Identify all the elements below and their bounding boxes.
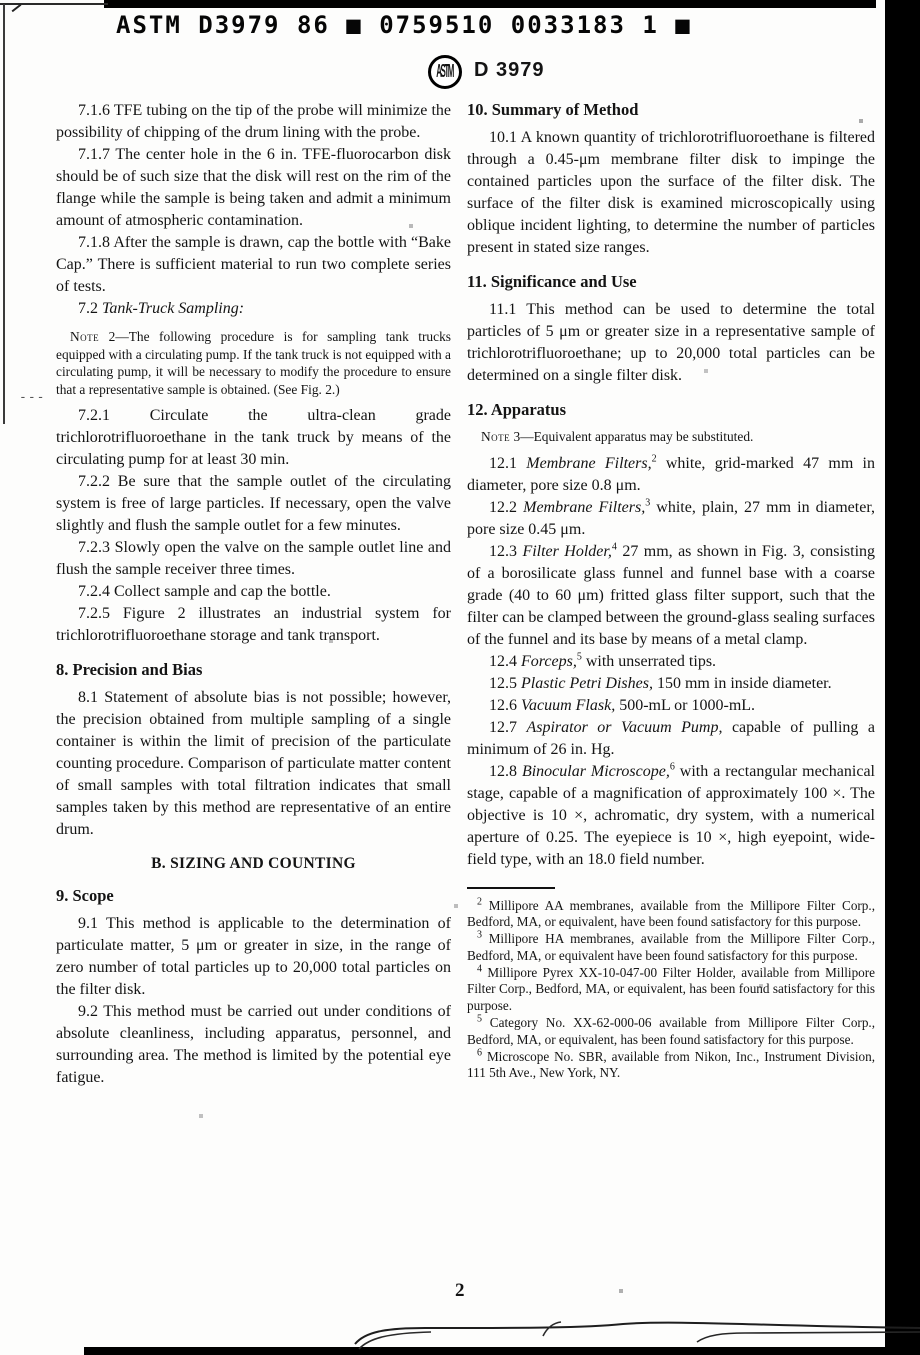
heading-10-summary-of-method: 10. Summary of Method	[467, 100, 875, 120]
apparatus-name-italic: Aspirator or Vacuum Pump,	[526, 719, 722, 736]
note-text: 3—Equivalent apparatus may be substitute…	[514, 429, 754, 444]
apparatus-name-italic: Plastic Petri Dishes,	[521, 675, 653, 692]
paragraph-8-1: 8.1 Statement of absolute bias is not po…	[56, 687, 451, 841]
paragraph-12-6: 12.6 Vacuum Flask, 500-mL or 1000-mL.	[467, 695, 875, 717]
paragraph-text: with unserrated tips.	[586, 653, 716, 670]
paragraph-7-2: 7.2 Tank-Truck Sampling:	[56, 298, 451, 320]
footnote-ref: 2	[652, 453, 657, 464]
section-number: 12.2	[489, 499, 517, 516]
ocr-header-line: ASTM D3979 86 ■ 0759510 0033183 1 ■	[116, 11, 692, 39]
astm-logo-text: ASTM	[437, 62, 454, 82]
paragraph-12-8: 12.8 Binocular Microscope,6 with a recta…	[467, 761, 875, 871]
scan-curve-artifact	[345, 1316, 920, 1354]
paragraph-11-1: 11.1 This method can be used to determin…	[467, 299, 875, 387]
paragraph-12-7: 12.7 Aspirator or Vacuum Pump, capable o…	[467, 717, 875, 761]
scan-right-bar	[885, 0, 920, 1355]
footnote-number: 6	[477, 1047, 482, 1058]
paragraph-12-2: 12.2 Membrane Filters,3 white, plain, 27…	[467, 497, 875, 541]
section-number: 12.1	[489, 455, 517, 472]
paragraph-12-5: 12.5 Plastic Petri Dishes, 150 mm in ins…	[467, 673, 875, 695]
scan-speckles	[0, 0, 2, 2]
paragraph-7-1-6: 7.1.6 TFE tubing on the tip of the probe…	[56, 100, 451, 144]
apparatus-name-italic: Filter Holder,	[522, 543, 611, 560]
footnote-ref: 3	[645, 497, 650, 508]
scan-top-bar	[104, 0, 876, 8]
heading-b-sizing-and-counting: B. SIZING AND COUNTING	[56, 855, 451, 873]
paragraph-7-2-5: 7.2.5 Figure 2 illustrates an industrial…	[56, 603, 451, 647]
scan-top-edge-line	[0, 3, 108, 5]
footnote-ref: 5	[577, 651, 582, 662]
heading-9-scope: 9. Scope	[56, 886, 451, 906]
margin-mark: ---	[19, 390, 45, 405]
apparatus-name-italic: Binocular Microscope,	[522, 763, 670, 780]
right-column: 10. Summary of Method 10.1 A known quant…	[467, 100, 875, 1082]
astm-logo-icon: ASTM	[428, 55, 462, 89]
heading-11-significance-and-use: 11. Significance and Use	[467, 272, 875, 292]
footnote-4: 4 Millipore Pyrex XX-10-047-00 Filter Ho…	[467, 965, 875, 1015]
footnote-rule	[467, 887, 555, 889]
paragraph-7-2-2: 7.2.2 Be sure that the sample outlet of …	[56, 471, 451, 537]
footnote-number: 2	[477, 896, 482, 907]
footnote-text: Millipore AA membranes, available from t…	[467, 898, 875, 930]
apparatus-name-italic: Membrane Filters,	[523, 499, 645, 516]
footnote-3: 3 Millipore HA membranes, available from…	[467, 931, 875, 965]
page-number: 2	[455, 1280, 465, 1302]
paragraph-7-2-3: 7.2.3 Slowly open the valve on the sampl…	[56, 537, 451, 581]
heading-8-precision-and-bias: 8. Precision and Bias	[56, 660, 451, 680]
section-title-italic: Tank-Truck Sampling:	[102, 300, 244, 317]
document-number: D 3979	[474, 59, 545, 82]
note-label: Note	[481, 429, 510, 444]
footnote-number: 4	[477, 963, 482, 974]
paragraph-7-1-7: 7.1.7 The center hole in the 6 in. TFE-f…	[56, 144, 451, 232]
heading-12-apparatus: 12. Apparatus	[467, 400, 875, 420]
footnote-5: 5 Category No. XX-62-000-06 available fr…	[467, 1015, 875, 1049]
note-label: Note	[70, 329, 99, 344]
paragraph-9-1: 9.1 This method is applicable to the det…	[56, 913, 451, 1001]
apparatus-name-italic: Vacuum Flask,	[521, 697, 615, 714]
section-number: 12.7	[489, 719, 517, 736]
section-number: 7.2	[78, 300, 98, 317]
apparatus-name-italic: Membrane Filters,	[526, 455, 651, 472]
apparatus-name-italic: Forceps,	[521, 653, 577, 670]
note-3: Note 3—Equivalent apparatus may be subst…	[467, 428, 875, 446]
footnote-text: Category No. XX-62-000-06 available from…	[467, 1015, 875, 1047]
paragraph-12-4: 12.4 Forceps,5 with unserrated tips.	[467, 651, 875, 673]
note-text: 2—The following procedure is for samplin…	[56, 329, 451, 397]
scanned-document-page: --- ASTM D3979 86 ■ 0759510 0033183 1 ■ …	[0, 0, 920, 1355]
footnote-2: 2 Millipore AA membranes, available from…	[467, 898, 875, 932]
paragraph-12-3: 12.3 Filter Holder,4 27 mm, as shown in …	[467, 541, 875, 651]
footnote-text: Millipore HA membranes, available from t…	[467, 931, 875, 963]
footnote-6: 6 Microscope No. SBR, available from Nik…	[467, 1049, 875, 1083]
footnote-number: 3	[477, 930, 482, 941]
scan-left-edge-line	[3, 4, 5, 424]
footnote-ref: 6	[670, 761, 675, 772]
paragraph-7-2-4: 7.2.4 Collect sample and cap the bottle.	[56, 581, 451, 603]
section-number: 12.3	[489, 543, 517, 560]
scan-corner-tick	[12, 4, 22, 12]
paragraph-10-1: 10.1 A known quantity of trichlorotriflu…	[467, 127, 875, 259]
footnote-text: Millipore Pyrex XX-10-047-00 Filter Hold…	[467, 965, 875, 1014]
paragraph-text: 500-mL or 1000-mL.	[619, 697, 755, 714]
section-number: 12.5	[489, 675, 517, 692]
paragraph-9-2: 9.2 This method must be carried out unde…	[56, 1001, 451, 1089]
footnote-text: Microscope No. SBR, available from Nikon…	[467, 1049, 875, 1081]
paragraph-7-1-8: 7.1.8 After the sample is drawn, cap the…	[56, 232, 451, 298]
section-number: 12.4	[489, 653, 517, 670]
section-number: 12.8	[489, 763, 517, 780]
paragraph-text: 150 mm in inside diameter.	[657, 675, 832, 692]
footnote-ref: 4	[612, 541, 617, 552]
section-number: 12.6	[489, 697, 517, 714]
note-2: Note 2—The following procedure is for sa…	[56, 328, 451, 398]
paragraph-12-1: 12.1 Membrane Filters,2 white, grid-mark…	[467, 453, 875, 497]
left-column: 7.1.6 TFE tubing on the tip of the probe…	[56, 100, 451, 1089]
footnote-number: 5	[477, 1014, 482, 1025]
paragraph-7-2-1: 7.2.1 Circulate the ultra-clean grade tr…	[56, 405, 451, 471]
